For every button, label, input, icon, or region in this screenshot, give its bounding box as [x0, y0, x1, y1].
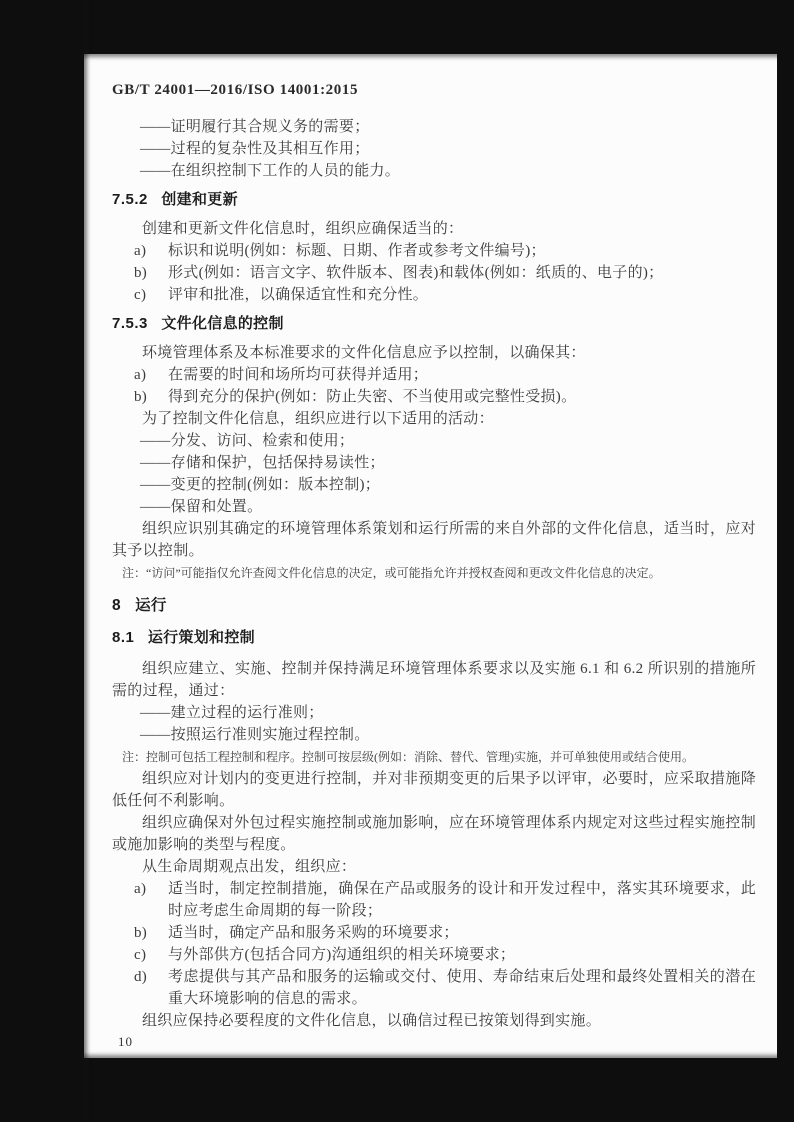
dash-item: ——变更的控制(例如：版本控制)；: [140, 474, 756, 496]
dash-item: ——分发、访问、检索和使用；: [140, 430, 756, 452]
scan-border-left: [0, 0, 84, 1122]
dash-item: ——建立过程的运行准则；: [140, 702, 756, 724]
dash-item: ——存储和保护，包括保持易读性；: [140, 452, 756, 474]
list-item: a) 标识和说明(例如：标题、日期、作者或参考文件编号)；: [134, 240, 756, 262]
intro-dash-item: ——在组织控制下工作的人员的能力。: [140, 160, 756, 182]
list-item-label: b): [134, 922, 168, 944]
scan-border-top: [0, 0, 794, 54]
dash-item: ——按照运行准则实施过程控制。: [140, 724, 756, 746]
page-content: GB/T 24001—2016/ISO 14001:2015 ——证明履行其合规…: [112, 80, 756, 1050]
section-title: 创建和更新: [161, 191, 238, 208]
page-number: 10: [118, 1034, 756, 1050]
list-item-text: 评审和批准，以确保适宜性和充分性。: [168, 284, 756, 306]
list-item-label: b): [134, 386, 168, 408]
section-heading-7-5-2: 7.5.2创建和更新: [112, 190, 756, 210]
paragraph: 组织应保持必要程度的文件化信息，以确信过程已按策划得到实施。: [112, 1010, 756, 1032]
note-text: 注：控制可包括工程控制和程序。控制可按层级(例如：消除、替代、管理)实施，并可单…: [122, 748, 756, 766]
list-item-text: 在需要的时间和场所均可获得并适用；: [168, 364, 756, 386]
paragraph: 组织应对计划内的变更进行控制，并对非预期变更的后果予以评审，必要时，应采取措施降…: [112, 768, 756, 812]
section-number: 8: [112, 597, 121, 614]
list-item-text: 得到充分的保护(例如：防止失密、不当使用或完整性受损)。: [168, 386, 756, 408]
section-heading-8-1: 8.1运行策划和控制: [112, 628, 756, 648]
list-item-label: b): [134, 262, 168, 284]
list-item-text: 与外部供方(包括合同方)沟通组织的相关环境要求；: [168, 944, 756, 966]
section-number: 7.5.3: [112, 315, 148, 332]
list-item: a) 在需要的时间和场所均可获得并适用；: [134, 364, 756, 386]
list-item: c) 评审和批准，以确保适宜性和充分性。: [134, 284, 756, 306]
section-heading-8: 8运行: [112, 596, 756, 616]
paragraph: 从生命周期观点出发，组织应：: [112, 856, 756, 878]
section-heading-7-5-3: 7.5.3文件化信息的控制: [112, 314, 756, 334]
list-item: b) 适当时，确定产品和服务采购的环境要求；: [134, 922, 756, 944]
list-item-text: 考虑提供与其产品和服务的运输或交付、使用、寿命结束后处理和最终处置相关的潜在重大…: [168, 966, 756, 1010]
section-number: 8.1: [112, 629, 134, 646]
list-item: b) 形式(例如：语言文字、软件版本、图表)和载体(例如：纸质的、电子的)；: [134, 262, 756, 284]
paragraph: 创建和更新文件化信息时，组织应确保适当的：: [112, 218, 756, 240]
section-title: 运行策划和控制: [148, 629, 255, 646]
paragraph: 组织应识别其确定的环境管理体系策划和运行所需的来自外部的文件化信息，适当时，应对…: [112, 518, 756, 562]
list-item-text: 适当时，确定产品和服务采购的环境要求；: [168, 922, 756, 944]
section-number: 7.5.2: [112, 191, 148, 208]
list-item-label: c): [134, 944, 168, 966]
note-text: 注：“访问”可能指仅允许查阅文件化信息的决定，或可能指允许并授权查阅和更改文件化…: [122, 564, 756, 582]
list-item: d) 考虑提供与其产品和服务的运输或交付、使用、寿命结束后处理和最终处置相关的潜…: [134, 966, 756, 1010]
scan-border-bottom: [0, 1058, 794, 1122]
list-item: a) 适当时，制定控制措施，确保在产品或服务的设计和开发过程中，落实其环境要求，…: [134, 878, 756, 922]
list-item-text: 标识和说明(例如：标题、日期、作者或参考文件编号)；: [168, 240, 756, 262]
paragraph: 环境管理体系及本标准要求的文件化信息应予以控制，以确保其：: [112, 342, 756, 364]
paragraph: 组织应建立、实施、控制并保持满足环境管理体系要求以及实施 6.1 和 6.2 所…: [112, 658, 756, 702]
section-title: 文件化信息的控制: [161, 315, 283, 332]
list-item-text: 适当时，制定控制措施，确保在产品或服务的设计和开发过程中，落实其环境要求，此时应…: [168, 878, 756, 922]
intro-dash-item: ——过程的复杂性及其相互作用；: [140, 138, 756, 160]
list-item: c) 与外部供方(包括合同方)沟通组织的相关环境要求；: [134, 944, 756, 966]
list-item-label: a): [134, 240, 168, 262]
paragraph: 组织应确保对外包过程实施控制或施加影响，应在环境管理体系内规定对这些过程实施控制…: [112, 812, 756, 856]
scanned-document-page: GB/T 24001—2016/ISO 14001:2015 ——证明履行其合规…: [0, 0, 794, 1122]
scan-border-right: [777, 0, 794, 1122]
intro-dash-item: ——证明履行其合规义务的需要；: [140, 116, 756, 138]
list-item-label: c): [134, 284, 168, 306]
list-item-text: 形式(例如：语言文字、软件版本、图表)和载体(例如：纸质的、电子的)；: [168, 262, 756, 284]
dash-item: ——保留和处置。: [140, 496, 756, 518]
list-item-label: d): [134, 966, 168, 1010]
standard-number-header: GB/T 24001—2016/ISO 14001:2015: [112, 80, 756, 100]
list-item-label: a): [134, 364, 168, 386]
list-item: b) 得到充分的保护(例如：防止失密、不当使用或完整性受损)。: [134, 386, 756, 408]
list-item-label: a): [134, 878, 168, 922]
section-title: 运行: [135, 597, 167, 614]
paragraph: 为了控制文件化信息，组织应进行以下适用的活动：: [112, 408, 756, 430]
